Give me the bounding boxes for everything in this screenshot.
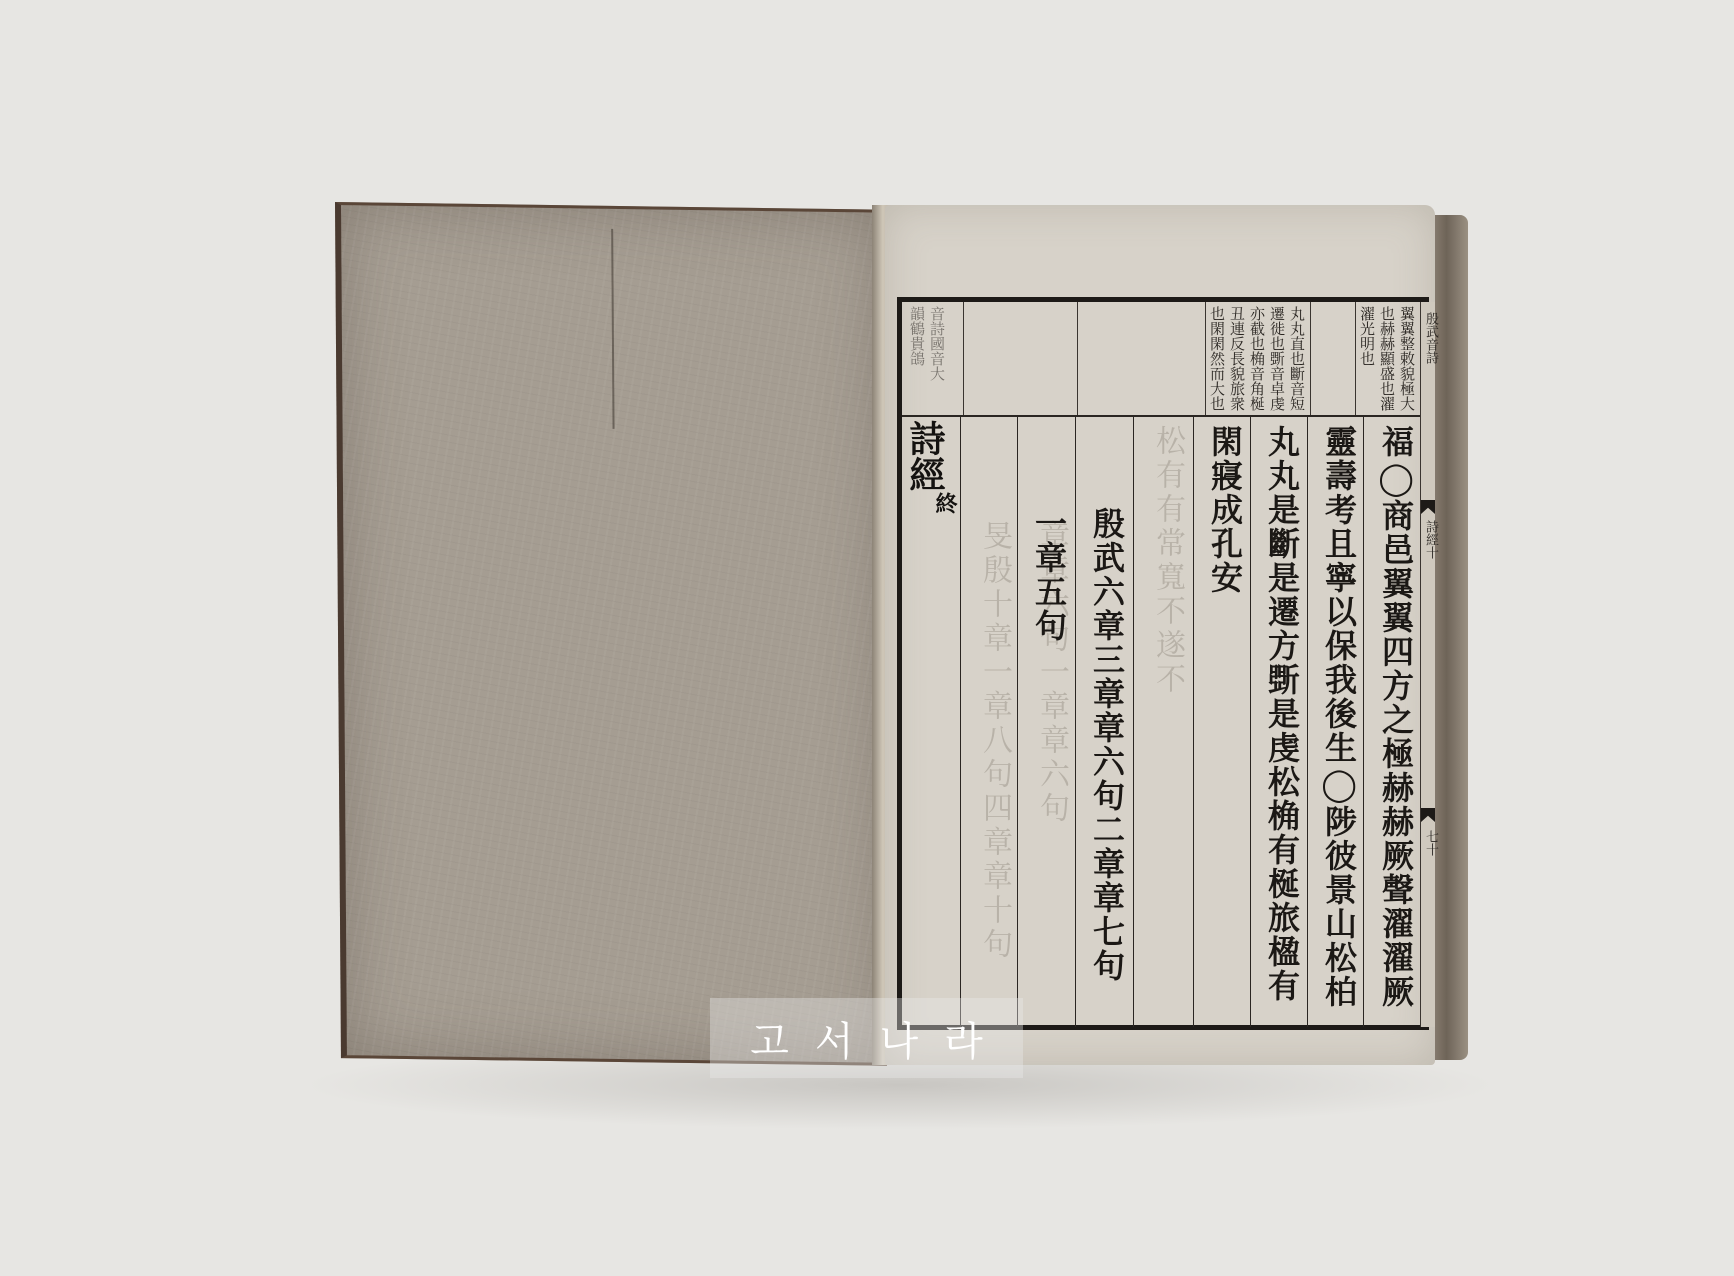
header-divider bbox=[1355, 302, 1356, 415]
header-divider bbox=[1077, 302, 1078, 415]
header-notes-band: 音詩國音大韻鶴貴鴿 丸丸直也斷音短 遷徙也斲音卓虔 亦截也桷音角梴 丑連反長貌旅… bbox=[902, 302, 1422, 417]
note-column: 丑連反長貌旅衆 bbox=[1228, 306, 1246, 411]
watermark-text: 고서나라 bbox=[724, 1010, 1009, 1067]
book-end-mark: 終 bbox=[930, 492, 961, 514]
header-note-left: 丸丸直也斷音短 遷徙也斲音卓虔 亦截也桷音角梴 丑連反長貌旅衆 也閑閑然而大也 bbox=[1208, 306, 1306, 411]
text-column-1: 福◯商邑翼翼四方之極赫赫厥聲濯濯厥 bbox=[1370, 425, 1422, 1025]
paper-texture bbox=[341, 205, 887, 1063]
note-column: 濯光明也 bbox=[1358, 306, 1376, 411]
text-column-4: 閑寢成孔安 bbox=[1199, 425, 1251, 1025]
center-fold-margin bbox=[1420, 302, 1435, 1027]
book-end-title: 詩經 bbox=[905, 420, 945, 492]
note-column: 遷徙也斲音卓虔 bbox=[1268, 306, 1286, 411]
text-column-3: 丸丸是斷是遷方斲是虔松桷有梴旅楹有 bbox=[1256, 425, 1308, 1025]
note-column: 翼翼整敕貌極大 bbox=[1398, 306, 1416, 411]
header-divider bbox=[1310, 302, 1311, 415]
margin-volume: 詩經十 bbox=[1421, 520, 1440, 559]
note-column: 亦截也桷音角梴 bbox=[1248, 306, 1266, 411]
book-back-cover bbox=[335, 202, 887, 1066]
ghost-note: 音詩國音大韻鶴貴鴿 bbox=[908, 306, 946, 381]
text-column-2: 靈壽考且寧以保我後生◯陟彼景山松柏 bbox=[1313, 425, 1365, 1025]
header-divider bbox=[1205, 302, 1206, 415]
margin-page-number: 七十 bbox=[1421, 830, 1440, 856]
chapter-summary-column-2: 一章五句 bbox=[1023, 507, 1075, 707]
bleed-through-text: 松有有常寬不遂不 bbox=[1141, 425, 1193, 697]
note-column: 也赫赫顯盛也濯 bbox=[1378, 306, 1396, 411]
margin-title: 殷武音詩 bbox=[1421, 312, 1440, 364]
bleed-through-text: 旻殷十章一章八句四章章十句 bbox=[968, 520, 1020, 962]
chapter-summary-column: 殷武六章三章章六句二章章七句 bbox=[1081, 507, 1133, 1027]
column-rule bbox=[1193, 417, 1194, 1027]
watermark: 고서나라 bbox=[710, 998, 1023, 1078]
header-divider bbox=[963, 302, 964, 415]
note-column: 也閑閑然而大也 bbox=[1208, 306, 1226, 411]
note-column: 丸丸直也斷音短 bbox=[1288, 306, 1306, 411]
header-note-right: 翼翼整敕貌極大 也赫赫顯盛也濯 濯光明也 bbox=[1358, 306, 1416, 411]
column-rule bbox=[1133, 417, 1134, 1027]
